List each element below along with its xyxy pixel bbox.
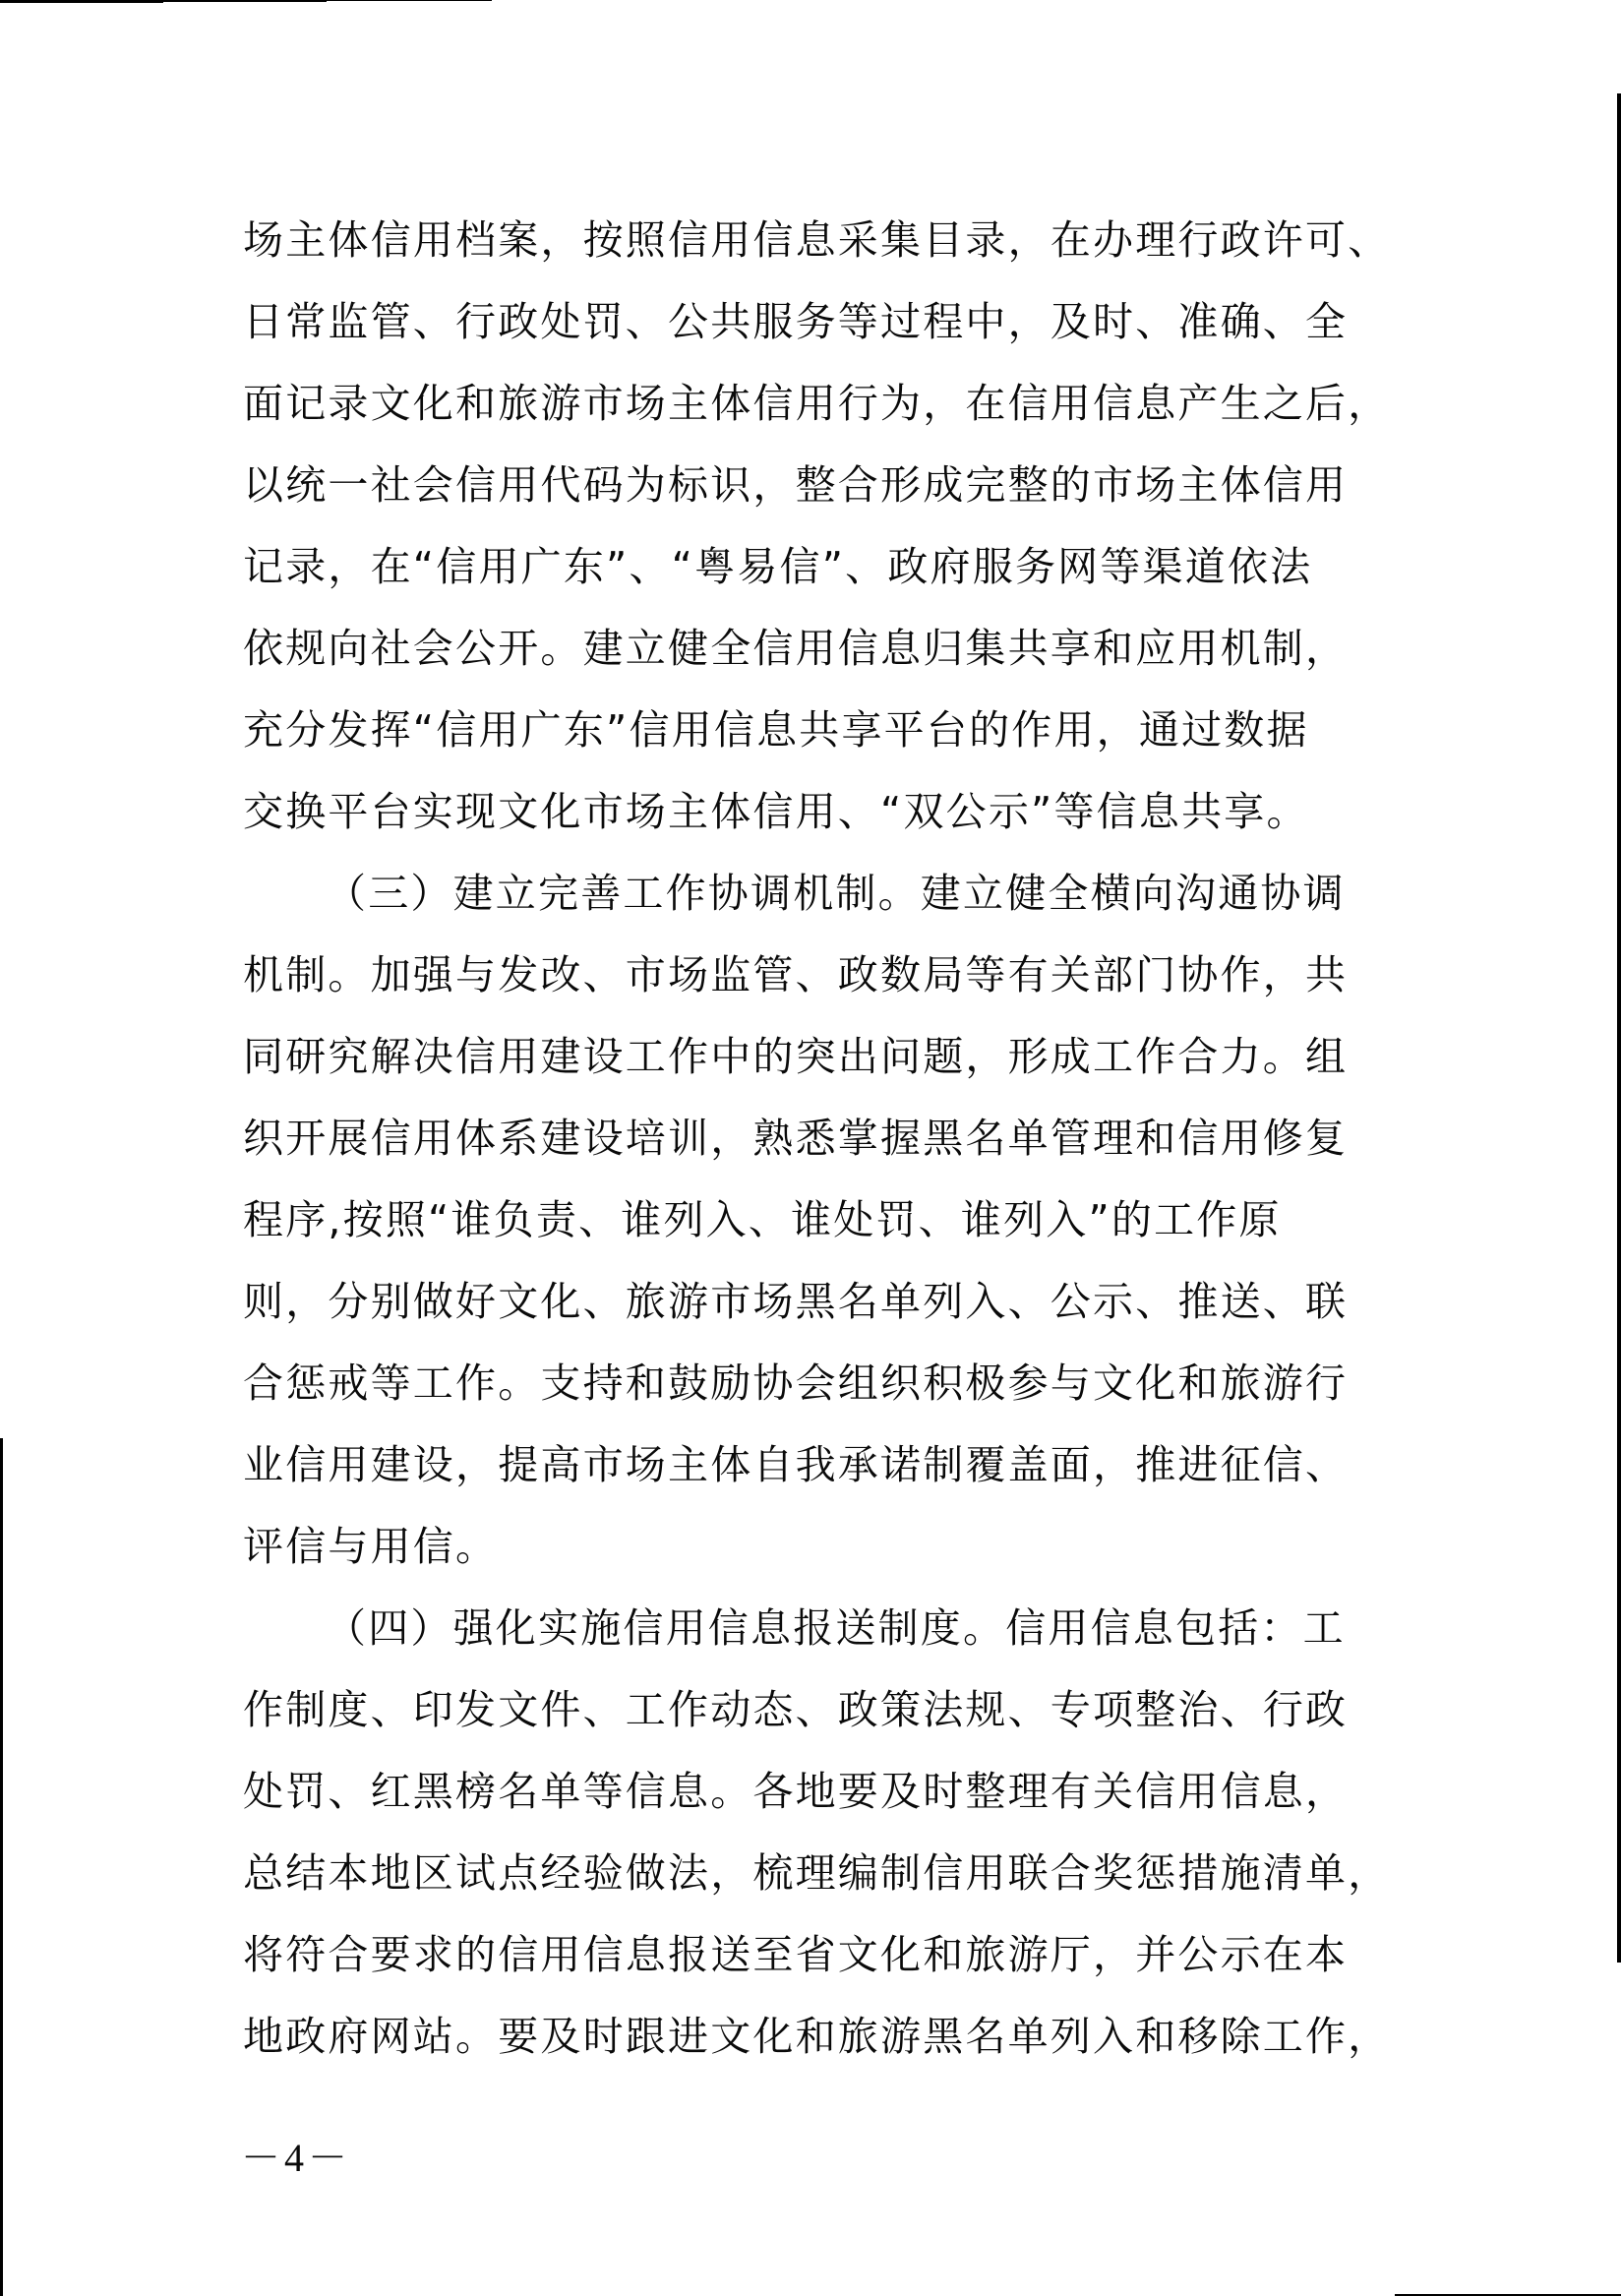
- text-line: 交换平台实现文化市场主体信用、“双公示”等信息共享。: [243, 771, 1394, 853]
- text-line: 面记录文化和旅游市场主体信用行为，在信用信息产生之后，: [243, 363, 1394, 445]
- section-3-heading-line: （三）建立完善工作协调机制。建立健全横向沟通协调: [243, 853, 1394, 935]
- scan-border-top-segment: [163, 0, 327, 2]
- text-line: 充分发挥“信用广东”信用信息共享平台的作用，通过数据: [243, 690, 1394, 771]
- text-line: 依规向社会公开。建立健全信用信息归集共享和应用机制，: [243, 608, 1394, 690]
- text-line: 地政府网站。要及时跟进文化和旅游黑名单列入和移除工作，: [243, 1996, 1394, 2078]
- scan-border-left: [0, 1438, 3, 2296]
- text-line: 织开展信用体系建设培训，熟悉掌握黑名单管理和信用修复: [243, 1098, 1394, 1179]
- text-line: 机制。加强与发改、市场监管、政数局等有关部门协作，共: [243, 935, 1394, 1016]
- text-line: 日常监管、行政处罚、公共服务等过程中，及时、准确、全: [243, 281, 1394, 363]
- text-line: 记录，在“信用广东”、“粤易信”、政府服务网等渠道依法: [243, 526, 1394, 608]
- scan-border-right: [1617, 93, 1621, 1963]
- scan-border-top: [0, 0, 163, 3]
- text-line: 场主体信用档案，按照信用信息采集目录，在办理行政许可、: [243, 200, 1394, 281]
- text-line: 业信用建设，提高市场主体自我承诺制覆盖面，推进征信、: [243, 1424, 1394, 1506]
- text-line: 总结本地区试点经验做法，梳理编制信用联合奖惩措施清单，: [243, 1833, 1394, 1914]
- text-line: 程序,按照“谁负责、谁列入、谁处罚、谁列入”的工作原: [243, 1179, 1394, 1261]
- text-line: 以统一社会信用代码为标识，整合形成完整的市场主体信用: [243, 445, 1394, 526]
- page-number: －4－: [241, 2127, 351, 2183]
- text-line: 作制度、印发文件、工作动态、政策法规、专项整治、行政: [243, 1669, 1394, 1751]
- scan-border-top-segment-thin: [327, 0, 492, 1]
- section-4-heading-line: （四）强化实施信用信息报送制度。信用信息包括：工: [243, 1588, 1394, 1669]
- text-line: 则，分别做好文化、旅游市场黑名单列入、公示、推送、联: [243, 1261, 1394, 1343]
- text-line: 评信与用信。: [243, 1506, 1394, 1588]
- document-body: 场主体信用档案，按照信用信息采集目录，在办理行政许可、 日常监管、行政处罚、公共…: [243, 200, 1394, 2078]
- text-line: 将符合要求的信用信息报送至省文化和旅游厅，并公示在本: [243, 1914, 1394, 1996]
- text-line: 同研究解决信用建设工作中的突出问题，形成工作合力。组: [243, 1016, 1394, 1098]
- text-line: 合惩戒等工作。支持和鼓励协会组织积极参与文化和旅游行: [243, 1343, 1394, 1424]
- text-line: 处罚、红黑榜名单等信息。各地要及时整理有关信用信息，: [243, 1751, 1394, 1833]
